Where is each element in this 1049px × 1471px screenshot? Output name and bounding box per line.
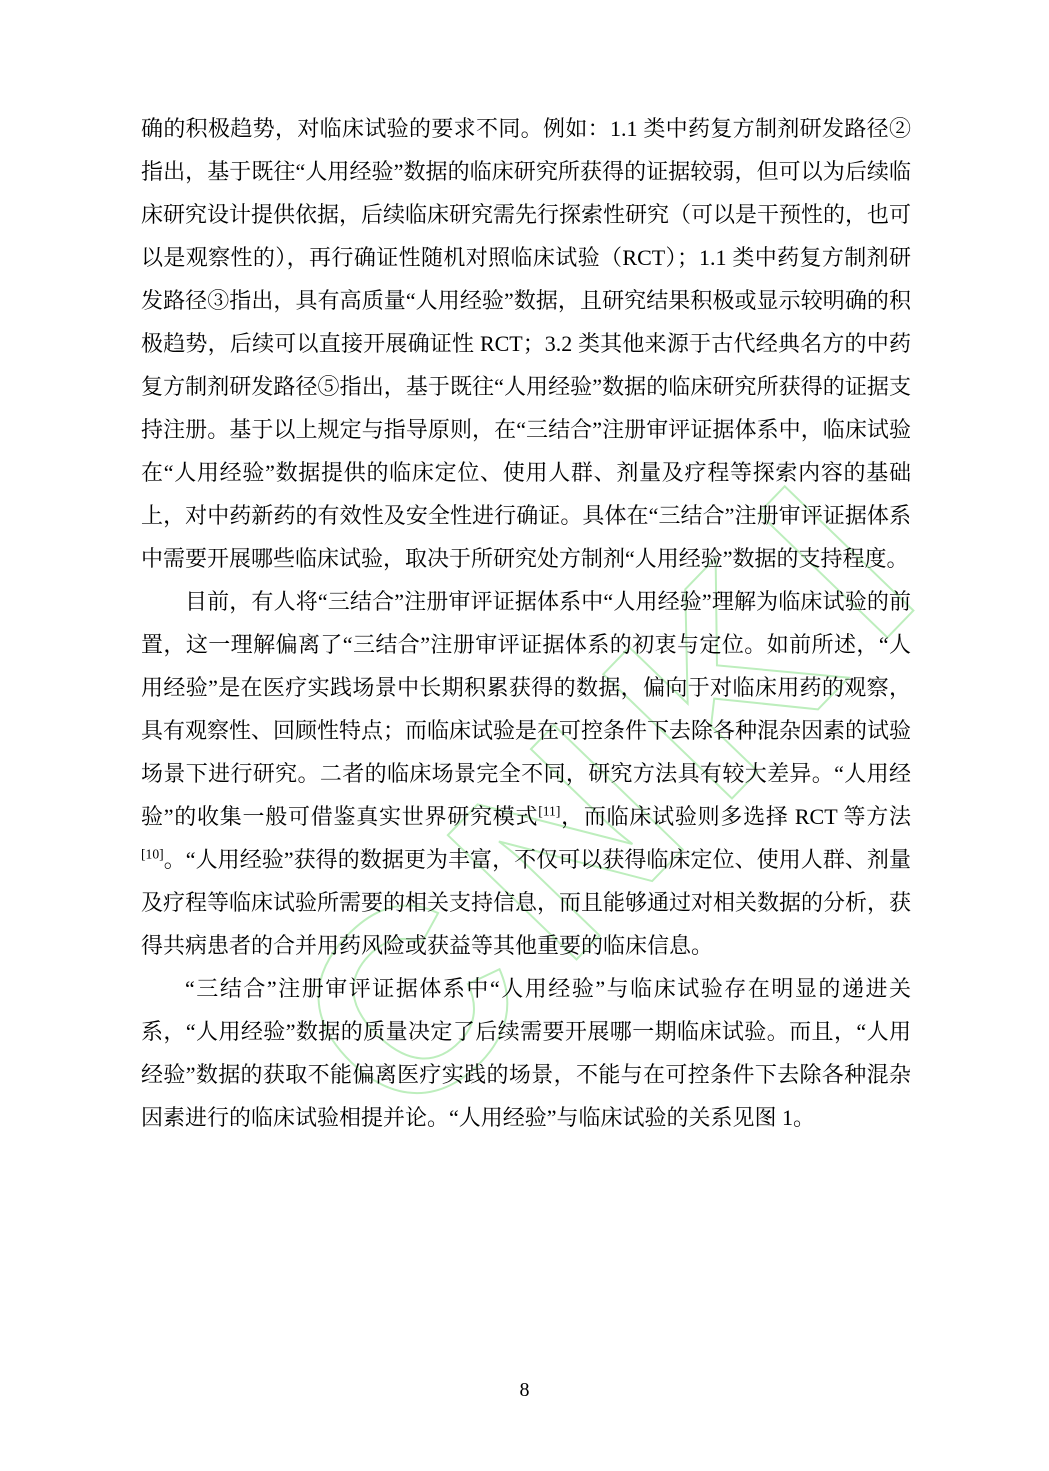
text-run: “三结合”注册审评证据体系中“人用经验”与临床试验存在明显的递进关系，“人用经验… <box>141 976 911 1130</box>
document-page: CNKI 确的积极趋势，对临床试验的要求不同。例如：1.1 类中药复方制剂研发路… <box>0 0 1049 1471</box>
page-footer: 8 <box>0 1378 1049 1402</box>
paragraph: 确的积极趋势，对临床试验的要求不同。例如：1.1 类中药复方制剂研发路径②指出，… <box>141 107 911 580</box>
text-run: 目前，有人将“三结合”注册审评证据体系中“人用经验”理解为临床试验的前置，这一理… <box>141 589 911 829</box>
paragraph: “三结合”注册审评证据体系中“人用经验”与临床试验存在明显的递进关系，“人用经验… <box>141 967 911 1139</box>
paragraph: 目前，有人将“三结合”注册审评证据体系中“人用经验”理解为临床试验的前置，这一理… <box>141 580 911 967</box>
page-number: 8 <box>520 1379 530 1401</box>
citation-superscript: [11] <box>538 804 560 819</box>
text-run: ，而临床试验则多选择 RCT 等方法 <box>560 804 911 829</box>
document-body-text: 确的积极趋势，对临床试验的要求不同。例如：1.1 类中药复方制剂研发路径②指出，… <box>141 107 911 1139</box>
citation-superscript: [10] <box>141 847 164 862</box>
text-run: 。“人用经验”获得的数据更为丰富，不仅可以获得临床定位、使用人群、剂量及疗程等临… <box>141 847 911 958</box>
text-run: 确的积极趋势，对临床试验的要求不同。例如：1.1 类中药复方制剂研发路径②指出，… <box>141 116 911 571</box>
